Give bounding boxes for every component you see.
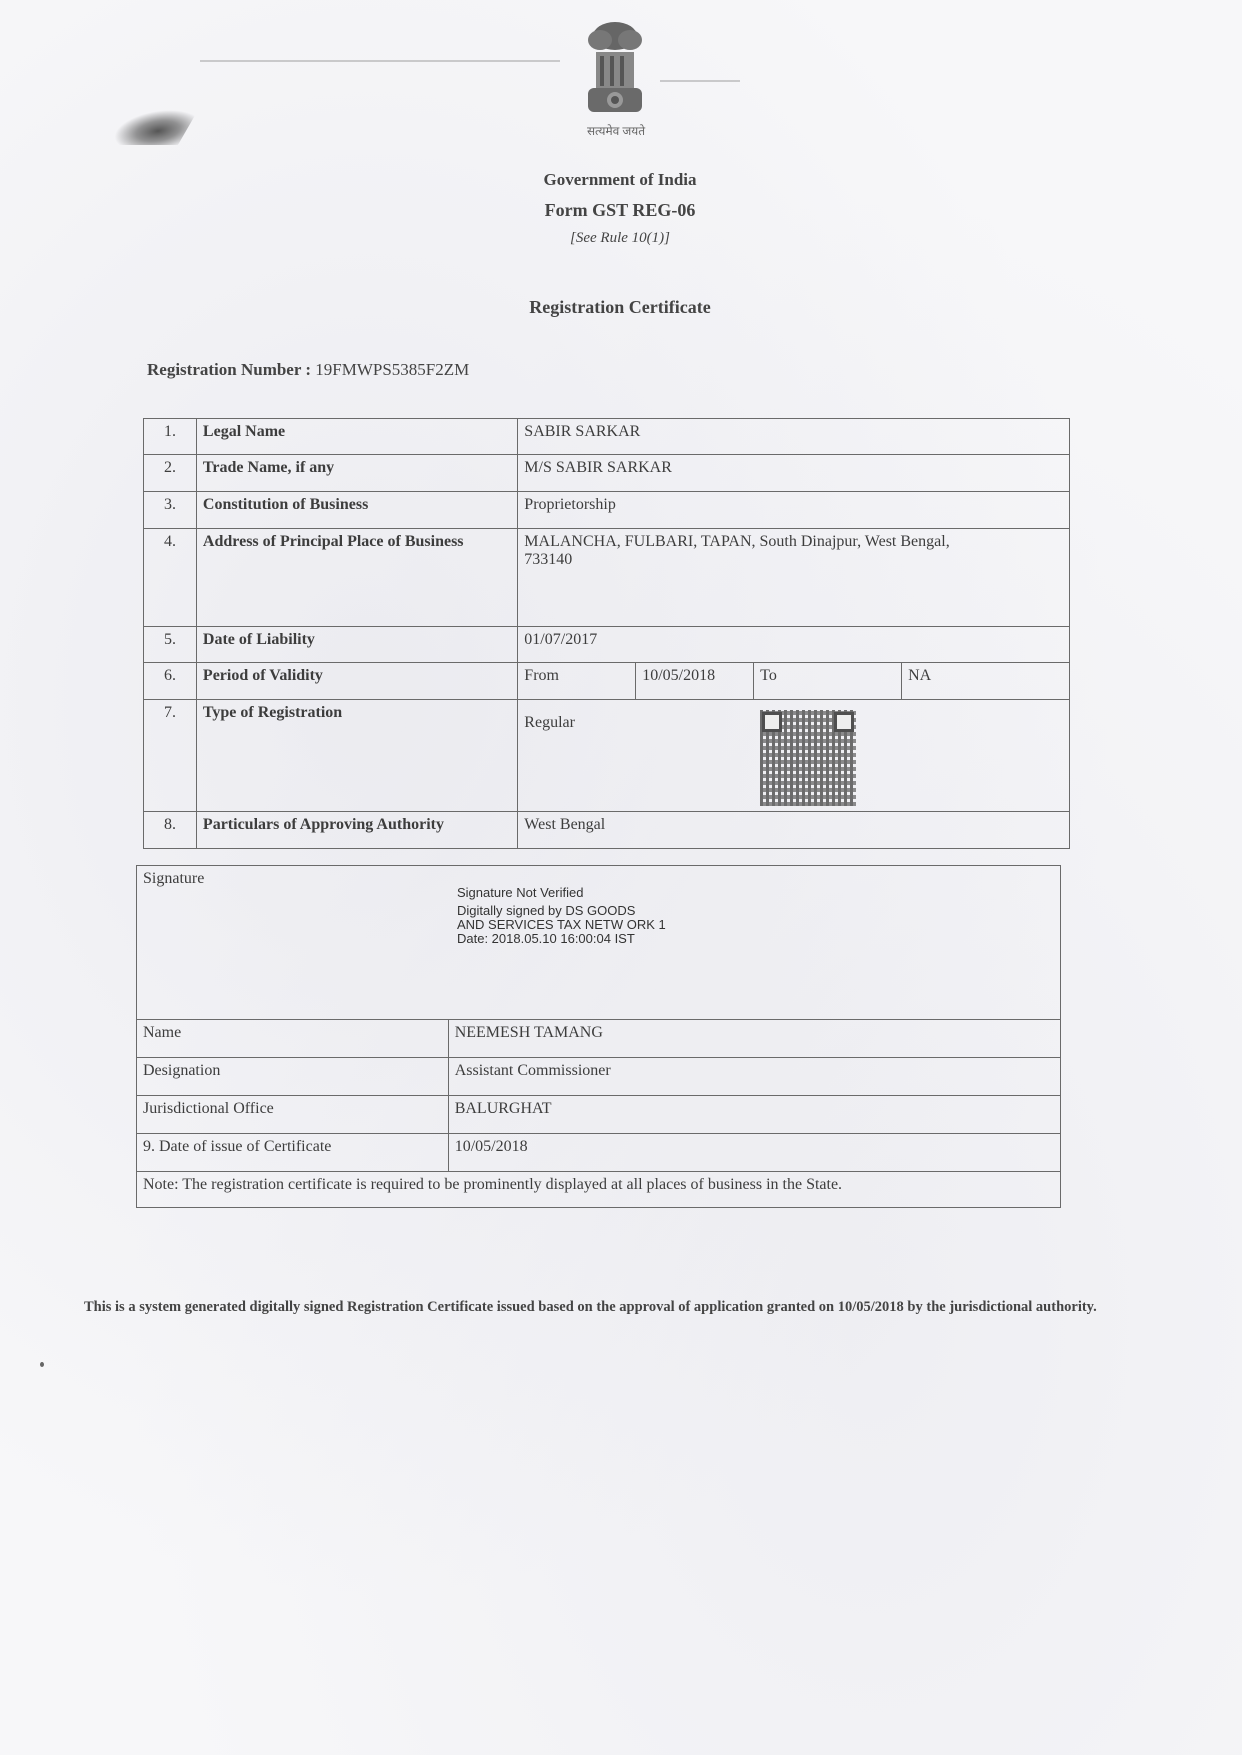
- table-row: 7. Type of Registration Regular: [144, 700, 1070, 812]
- row-label: Address of Principal Place of Business: [196, 529, 517, 627]
- row-number: 8.: [144, 812, 197, 849]
- registration-number-value: 19FMWPS5385F2ZM: [315, 360, 469, 379]
- table-row: Note: The registration certificate is re…: [137, 1172, 1061, 1208]
- issue-date-value: 10/05/2018: [448, 1134, 1060, 1172]
- signature-status: Signature Not Verified: [457, 886, 666, 900]
- row-number: 5.: [144, 627, 197, 663]
- registration-number: Registration Number : 19FMWPS5385F2ZM: [147, 360, 469, 380]
- table-row: Designation Assistant Commissioner: [137, 1058, 1061, 1096]
- national-emblem-icon: [580, 18, 650, 118]
- row-number: 7.: [144, 700, 197, 812]
- legal-name-value: SABIR SARKAR: [518, 419, 1070, 455]
- qr-cell: [754, 700, 1070, 812]
- table-row: 8. Particulars of Approving Authority We…: [144, 812, 1070, 849]
- table-row: 4. Address of Principal Place of Busines…: [144, 529, 1070, 627]
- row-label: Type of Registration: [196, 700, 517, 812]
- signature-table: Signature Signature Not Verified Digital…: [136, 865, 1061, 1208]
- signature-signer: Digitally signed by DS GOODS: [457, 904, 666, 918]
- row-number: 2.: [144, 455, 197, 492]
- row-label: Particulars of Approving Authority: [196, 812, 517, 849]
- row-number: 1.: [144, 419, 197, 455]
- table-row: 3. Constitution of Business Proprietorsh…: [144, 492, 1070, 529]
- display-note: Note: The registration certificate is re…: [137, 1172, 1061, 1208]
- footer-statement: This is a system generated digitally sig…: [84, 1295, 1124, 1319]
- table-row: 6. Period of Validity From 10/05/2018 To…: [144, 663, 1070, 700]
- page-title: Registration Certificate: [450, 297, 790, 318]
- signature-label: Signature: [143, 870, 204, 887]
- signature-signer-cont: AND SERVICES TAX NETW ORK 1: [457, 918, 666, 932]
- approving-authority-value: West Bengal: [518, 812, 1070, 849]
- row-number: 4.: [144, 529, 197, 627]
- rule-reference: [See Rule 10(1)]: [490, 230, 750, 247]
- row-label: Legal Name: [196, 419, 517, 455]
- form-heading: Form GST REG-06: [490, 200, 750, 221]
- signature-row: Signature Signature Not Verified Digital…: [137, 866, 1061, 1020]
- scan-speck: [40, 1362, 44, 1367]
- date-of-liability-value: 01/07/2017: [518, 627, 1070, 663]
- row-label: Date of Liability: [196, 627, 517, 663]
- table-row: Jurisdictional Office BALURGHAT: [137, 1096, 1061, 1134]
- validity-from-label: From: [518, 663, 636, 700]
- qr-code-icon: [760, 710, 856, 806]
- row-label: Trade Name, if any: [196, 455, 517, 492]
- constitution-value: Proprietorship: [518, 492, 1070, 529]
- address-value: MALANCHA, FULBARI, TAPAN, South Dinajpur…: [518, 529, 1070, 627]
- scan-artifact: [200, 60, 560, 62]
- trade-name-value: M/S SABIR SARKAR: [518, 455, 1070, 492]
- issue-date-label: 9. Date of issue of Certificate: [137, 1134, 449, 1172]
- designation-label: Designation: [137, 1058, 449, 1096]
- signature-cell: Signature Signature Not Verified Digital…: [137, 866, 1061, 1020]
- validity-from-value: 10/05/2018: [636, 663, 754, 700]
- digital-signature-block: Signature Not Verified Digitally signed …: [457, 886, 666, 946]
- officer-name-value: NEEMESH TAMANG: [448, 1020, 1060, 1058]
- row-number: 3.: [144, 492, 197, 529]
- row-number: 6.: [144, 663, 197, 700]
- table-row: 1. Legal Name SABIR SARKAR: [144, 419, 1070, 455]
- address-text: MALANCHA, FULBARI, TAPAN, South Dinajpur…: [524, 533, 954, 569]
- table-row: 2. Trade Name, if any M/S SABIR SARKAR: [144, 455, 1070, 492]
- registration-type-value: Regular: [518, 700, 754, 812]
- table-row: 5. Date of Liability 01/07/2017: [144, 627, 1070, 663]
- validity-to-label: To: [754, 663, 902, 700]
- signature-date: Date: 2018.05.10 16:00:04 IST: [457, 932, 666, 946]
- registration-details-table: 1. Legal Name SABIR SARKAR 2. Trade Name…: [143, 418, 1070, 849]
- government-heading: Government of India: [490, 170, 750, 190]
- emblem-motto: सत्यमेव जयते: [566, 122, 666, 139]
- designation-value: Assistant Commissioner: [448, 1058, 1060, 1096]
- table-row: 9. Date of issue of Certificate 10/05/20…: [137, 1134, 1061, 1172]
- table-row: Name NEEMESH TAMANG: [137, 1020, 1061, 1058]
- row-label: Constitution of Business: [196, 492, 517, 529]
- jurisdictional-office-label: Jurisdictional Office: [137, 1096, 449, 1134]
- scan-artifact: [660, 80, 740, 82]
- jurisdictional-office-value: BALURGHAT: [448, 1096, 1060, 1134]
- officer-name-label: Name: [137, 1020, 449, 1058]
- registration-number-label: Registration Number :: [147, 360, 311, 379]
- row-label: Period of Validity: [196, 663, 517, 700]
- validity-to-value: NA: [902, 663, 1070, 700]
